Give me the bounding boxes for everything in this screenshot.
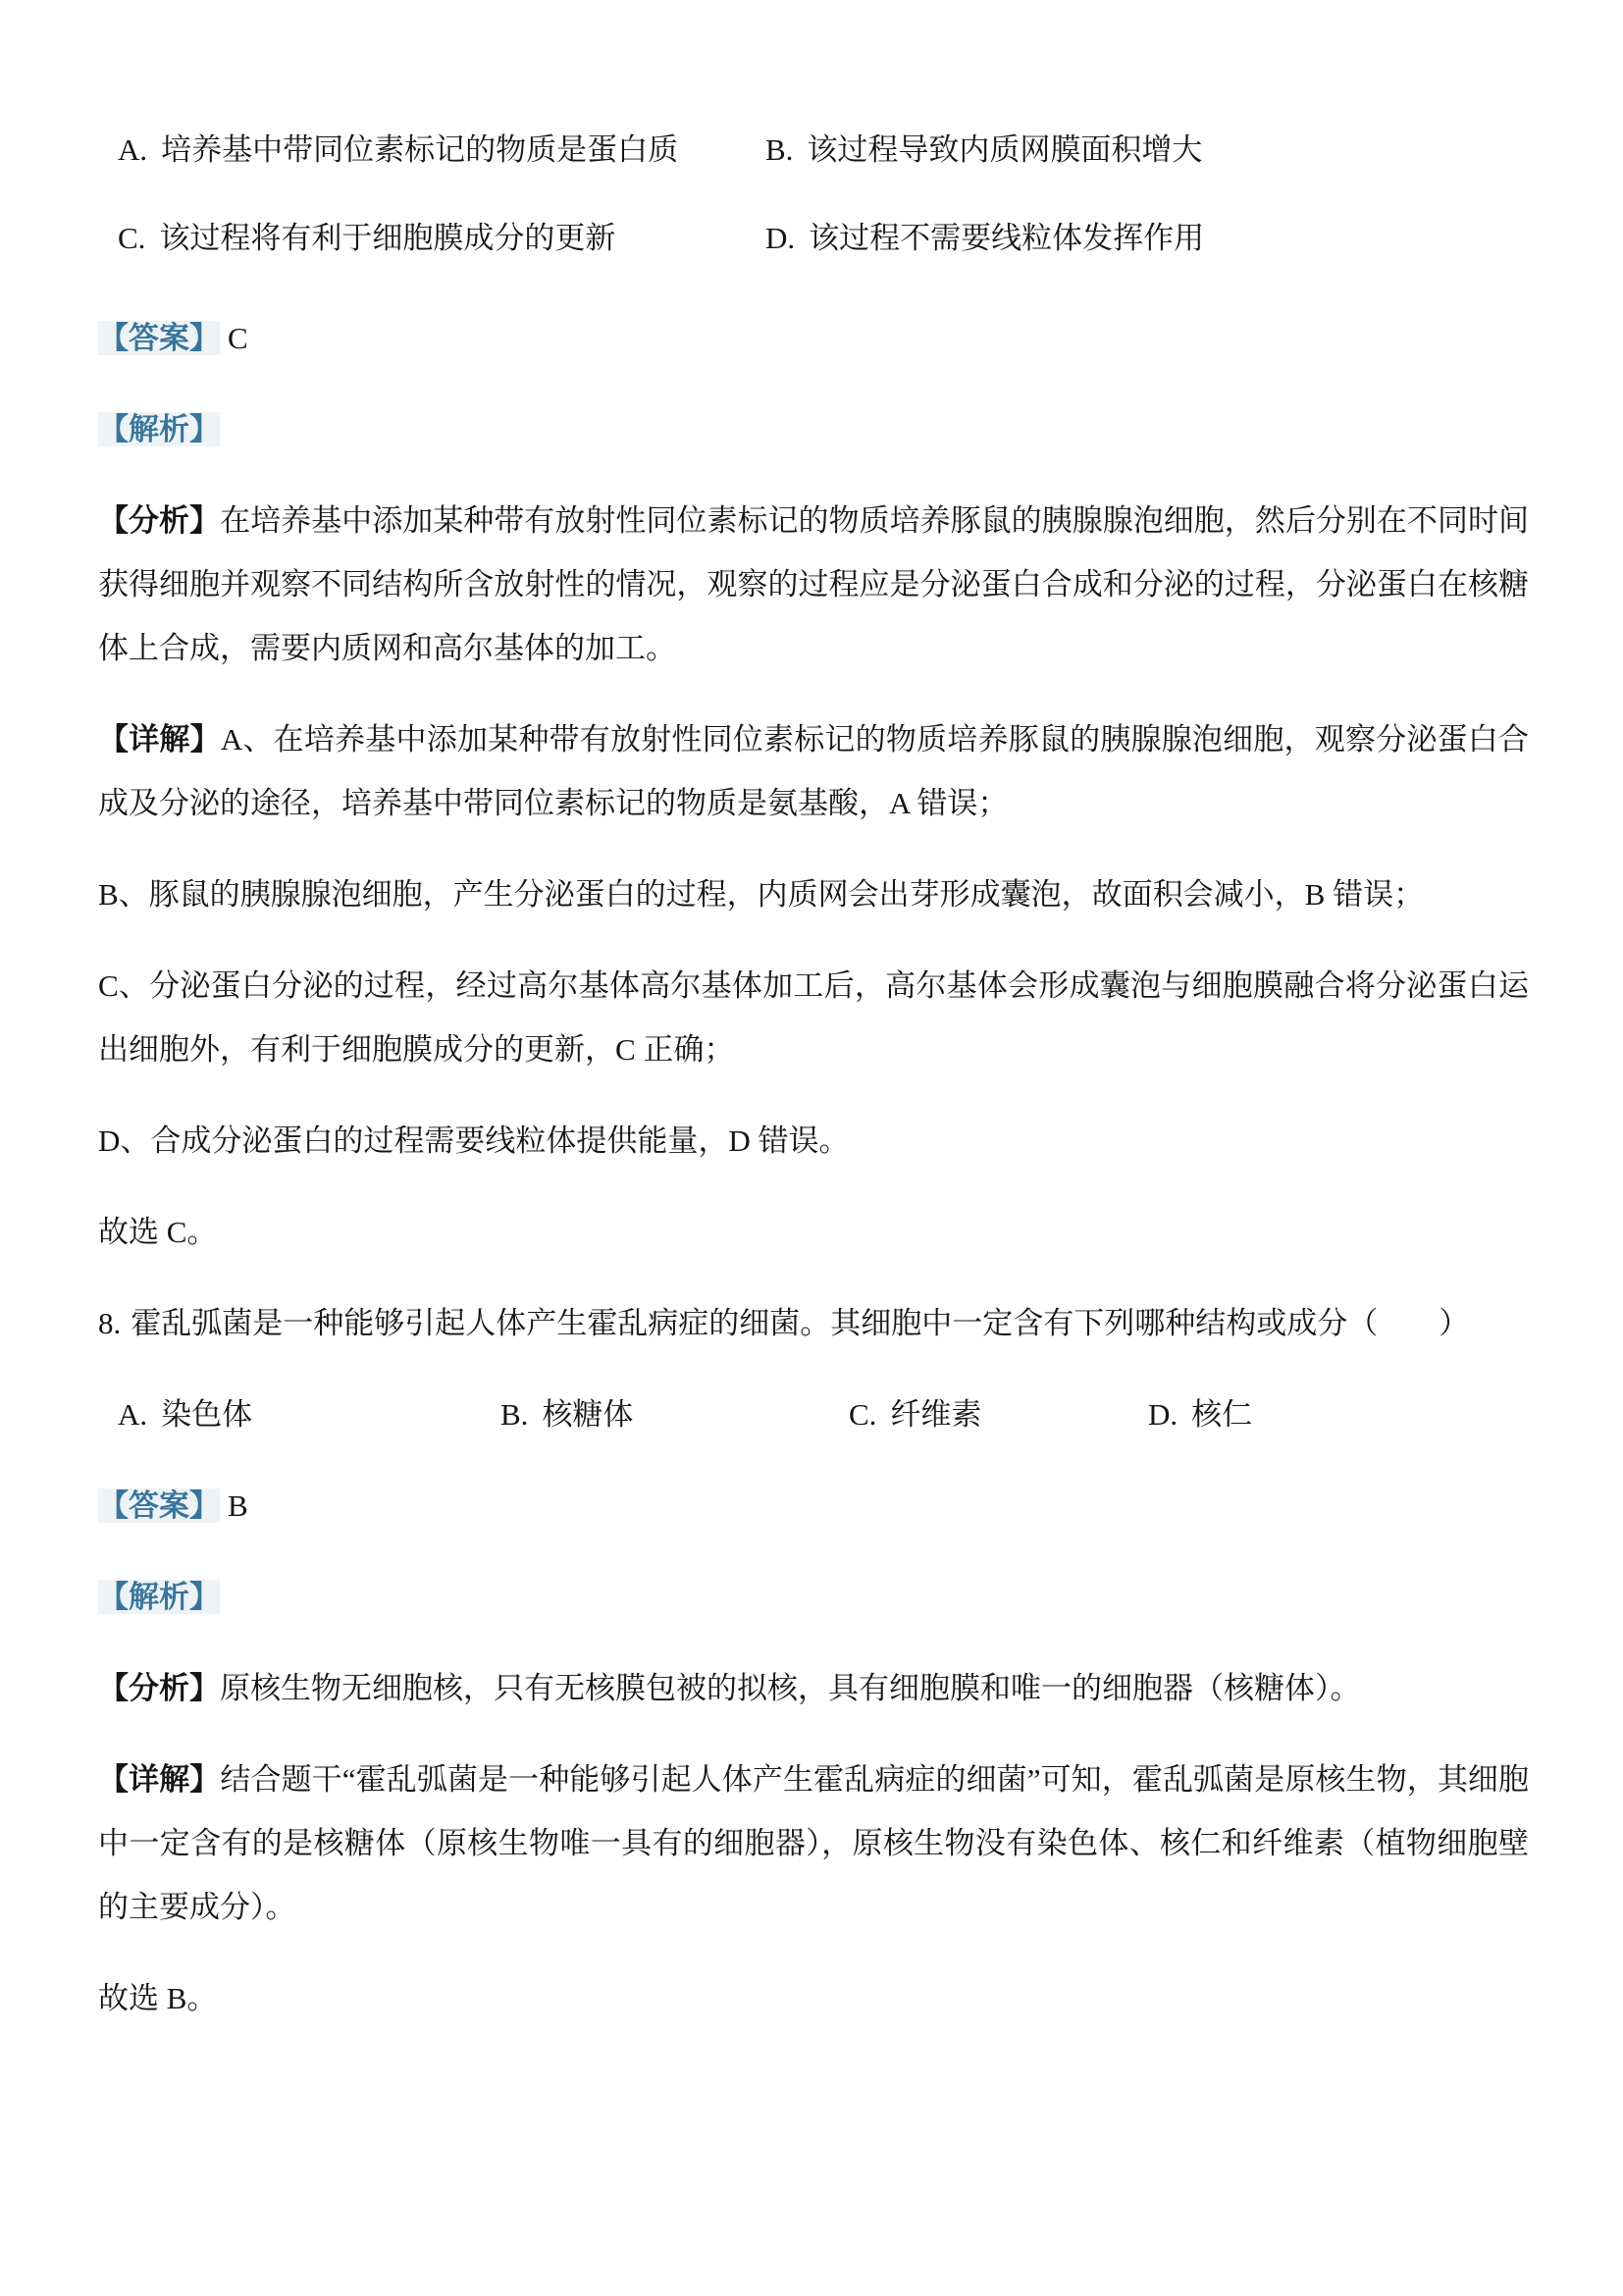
q7-xiangjie-label: 【详解】 bbox=[98, 722, 221, 757]
q8-fenxi-text: 原核生物无细胞核，只有无核膜包被的拟核，具有细胞膜和唯一的细胞器（核糖体）。 bbox=[220, 1671, 1361, 1705]
q7-options-grid: A.培养基中带同位素标记的物质是蛋白质 B.该过程导致内质网膜面积增大 C.该过… bbox=[98, 118, 1529, 270]
q8-answer-line: 【答案】B bbox=[98, 1474, 1529, 1538]
q8-option-a-text: 染色体 bbox=[161, 1397, 252, 1432]
q8-option-b-key: B. bbox=[500, 1397, 528, 1432]
q8-xiangjie-label: 【详解】 bbox=[98, 1762, 220, 1797]
q8-jiexi-label: 【解析】 bbox=[98, 1580, 220, 1614]
q8-option-b: B.核糖体 bbox=[500, 1383, 849, 1446]
q7-xiangjie-paragraph-b: B、豚鼠的胰腺腺泡细胞，产生分泌蛋白的过程，内质网会出芽形成囊泡，故面积会减小，… bbox=[98, 862, 1529, 926]
q7-fenxi-label: 【分析】 bbox=[98, 503, 220, 538]
q7-option-c-text: 该过程将有利于细胞膜成分的更新 bbox=[159, 221, 615, 255]
q8-conclusion: 故选 B。 bbox=[98, 1966, 1529, 2030]
q7-conclusion: 故选 C。 bbox=[98, 1200, 1529, 1264]
q7-xiangjie-d-text: D、合成分泌蛋白的过程需要线粒体提供能量，D 错误。 bbox=[98, 1123, 850, 1158]
q7-option-b-text: 该过程导致内质网膜面积增大 bbox=[807, 132, 1202, 167]
q7-option-d-key: D. bbox=[765, 221, 795, 255]
q7-xiangjie-paragraph-a: 【详解】A、在培养基中添加某种带有放射性同位素标记的物质培养豚鼠的胰腺腺泡细胞，… bbox=[98, 707, 1529, 835]
q8-answer-label: 【答案】 bbox=[98, 1488, 220, 1523]
q7-option-d: D.该过程不需要线粒体发挥作用 bbox=[765, 206, 1529, 270]
q7-option-a: A.培养基中带同位素标记的物质是蛋白质 bbox=[118, 118, 765, 182]
q7-xiangjie-b-text: B、豚鼠的胰腺腺泡细胞，产生分泌蛋白的过程，内质网会出芽形成囊泡，故面积会减小，… bbox=[98, 877, 1424, 912]
q8-xiangjie-text: 结合题干“霍乱弧菌是一种能够引起人体产生霍乱病症的细菌”可知，霍乱弧菌是原核生物… bbox=[98, 1762, 1529, 1924]
q8-option-a-key: A. bbox=[118, 1397, 147, 1432]
q8-answer-value: B bbox=[228, 1488, 248, 1523]
q7-xiangjie-paragraph-c: C、分泌蛋白分泌的过程，经过高尔基体高尔基体加工后，高尔基体会形成囊泡与细胞膜融… bbox=[98, 954, 1529, 1081]
q8-option-b-text: 核糖体 bbox=[542, 1397, 633, 1432]
q7-conclusion-text: 故选 C。 bbox=[98, 1215, 217, 1249]
q8-option-d: D.核仁 bbox=[1148, 1383, 1529, 1446]
q8-number: 8. bbox=[98, 1306, 121, 1340]
q8-option-d-key: D. bbox=[1148, 1397, 1178, 1432]
q8-option-c: C.纤维素 bbox=[849, 1383, 1148, 1446]
q7-option-b-key: B. bbox=[765, 132, 793, 167]
q8-option-d-text: 核仁 bbox=[1191, 1397, 1252, 1432]
q8-question-text: 霍乱弧菌是一种能够引起人体产生霍乱病症的细菌。其细胞中一定含有下列哪种结构或成分… bbox=[131, 1306, 1469, 1340]
q8-conclusion-text: 故选 B。 bbox=[98, 1981, 217, 2015]
q7-answer-label: 【答案】 bbox=[98, 321, 220, 355]
q8-question-line: 8.霍乱弧菌是一种能够引起人体产生霍乱病症的细菌。其细胞中一定含有下列哪种结构或… bbox=[98, 1291, 1529, 1355]
q8-option-a: A.染色体 bbox=[118, 1383, 500, 1446]
q7-fenxi-paragraph: 【分析】在培养基中添加某种带有放射性同位素标记的物质培养豚鼠的胰腺腺泡细胞，然后… bbox=[98, 489, 1529, 680]
q8-options-grid: A.染色体 B.核糖体 C.纤维素 D.核仁 bbox=[98, 1383, 1529, 1446]
exam-answer-page: A.培养基中带同位素标记的物质是蛋白质 B.该过程导致内质网膜面积增大 C.该过… bbox=[0, 0, 1623, 2030]
q8-fenxi-label: 【分析】 bbox=[98, 1671, 220, 1705]
q7-xiangjie-a-text: A、在培养基中添加某种带有放射性同位素标记的物质培养豚鼠的胰腺腺泡细胞，观察分泌… bbox=[98, 722, 1529, 820]
q8-fenxi-paragraph: 【分析】原核生物无细胞核，只有无核膜包被的拟核，具有细胞膜和唯一的细胞器（核糖体… bbox=[98, 1656, 1529, 1720]
q7-xiangjie-c-text: C、分泌蛋白分泌的过程，经过高尔基体高尔基体加工后，高尔基体会形成囊泡与细胞膜融… bbox=[98, 968, 1529, 1067]
q7-option-c-key: C. bbox=[118, 221, 145, 255]
q8-option-c-key: C. bbox=[849, 1397, 876, 1432]
q7-option-d-text: 该过程不需要线粒体发挥作用 bbox=[809, 221, 1204, 255]
q7-option-b: B.该过程导致内质网膜面积增大 bbox=[765, 118, 1529, 182]
q7-answer-value: C bbox=[228, 321, 248, 355]
q7-option-c: C.该过程将有利于细胞膜成分的更新 bbox=[118, 206, 765, 270]
q8-jiexi-line: 【解析】 bbox=[98, 1565, 1529, 1629]
q7-jiexi-line: 【解析】 bbox=[98, 397, 1529, 461]
q7-jiexi-label: 【解析】 bbox=[98, 412, 220, 446]
q7-answer-line: 【答案】C bbox=[98, 306, 1529, 370]
q8-xiangjie-paragraph: 【详解】结合题干“霍乱弧菌是一种能够引起人体产生霍乱病症的细菌”可知，霍乱弧菌是… bbox=[98, 1748, 1529, 1939]
q7-xiangjie-paragraph-d: D、合成分泌蛋白的过程需要线粒体提供能量，D 错误。 bbox=[98, 1109, 1529, 1173]
q7-option-a-text: 培养基中带同位素标记的物质是蛋白质 bbox=[161, 132, 678, 167]
q7-fenxi-text: 在培养基中添加某种带有放射性同位素标记的物质培养豚鼠的胰腺腺泡细胞，然后分别在不… bbox=[98, 503, 1529, 665]
q7-option-a-key: A. bbox=[118, 132, 147, 167]
q8-option-c-text: 纤维素 bbox=[890, 1397, 981, 1432]
